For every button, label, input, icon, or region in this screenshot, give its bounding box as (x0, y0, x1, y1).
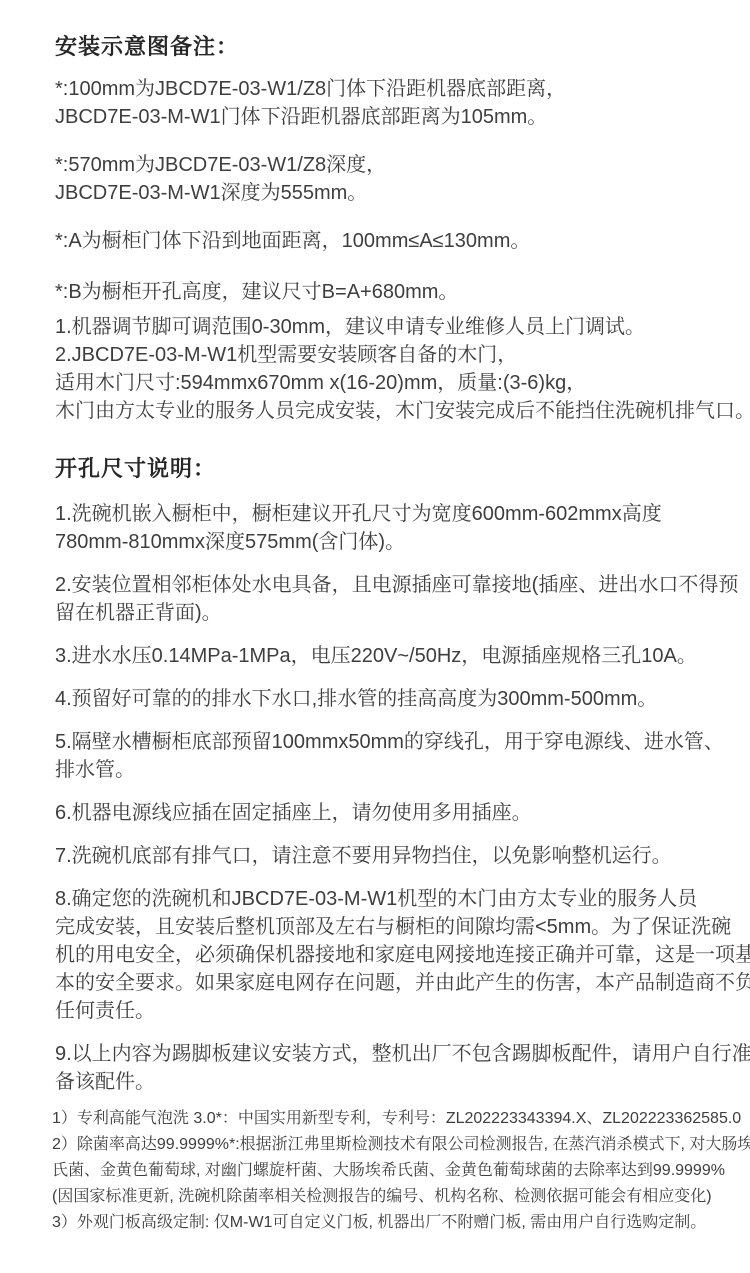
section-install-diagram-notes: 安装示意图备注： *:100mm为JBCD7E-03-W1/Z8门体下沿距机器底… (55, 33, 710, 425)
cutout-item-4: 4.预留好可靠的的排水下水口,排水管的挂高高度为300mm-500mm。 (55, 685, 710, 713)
installation-notes-page: 安装示意图备注： *:100mm为JBCD7E-03-W1/Z8门体下沿距机器底… (0, 0, 750, 1273)
section-title-install-diagram: 安装示意图备注： (55, 33, 710, 61)
note-numbered-items: 1.机器调节脚可调范围0-30mm，建议申请专业维修人员上门调试。 2.JBCD… (55, 313, 710, 425)
footnotes: 1）专利高能气泡洗 3.0*：中国实用新型专利，专利号：ZL2022233433… (52, 1106, 710, 1236)
note-dimension-b: *:B为橱柜开孔高度，建议尺寸B=A+680mm。 (55, 278, 710, 306)
footnote-door-panel-customization: 3）外观门板高级定制: 仅M-W1可自定义门板, 机器出厂不附赠门板, 需由用户… (52, 1210, 710, 1236)
section-title-cutout-dimensions: 开孔尺寸说明： (55, 455, 710, 483)
cutout-item-1: 1.洗碗机嵌入橱柜中，橱柜建议开孔尺寸为宽度600mm-602mmx高度 780… (55, 500, 710, 556)
cutout-item-6: 6.机器电源线应插在固定插座上，请勿使用多用插座。 (55, 799, 710, 827)
note-door-bottom-distance: *:100mm为JBCD7E-03-W1/Z8门体下沿距机器底部距离， JBCD… (55, 75, 710, 131)
footnote-patent: 1）专利高能气泡洗 3.0*：中国实用新型专利，专利号：ZL2022233433… (52, 1106, 710, 1132)
cutout-item-8: 8.确定您的洗碗机和JBCD7E-03-M-W1机型的木门由方太专业的服务人员 … (55, 885, 710, 1025)
footnote-sterilization-rate: 2）除菌率高达99.9999%*:根据浙江弗里斯检测技术有限公司检测报告, 在蒸… (52, 1132, 710, 1210)
cutout-item-9: 9.以上内容为踢脚板建议安装方式，整机出厂不包含踢脚板配件，请用户自行准 备该配… (55, 1040, 710, 1096)
cutout-item-3: 3.进水水压0.14MPa-1MPa，电压220V~/50Hz，电源插座规格三孔… (55, 642, 710, 670)
section-cutout-dimensions: 开孔尺寸说明： 1.洗碗机嵌入橱柜中，橱柜建议开孔尺寸为宽度600mm-602m… (55, 455, 710, 1096)
cutout-item-5: 5.隔壁水槽橱柜底部预留100mmx50mm的穿线孔，用于穿电源线、进水管、 排… (55, 728, 710, 784)
note-depth: *:570mm为JBCD7E-03-W1/Z8深度， JBCD7E-03-M-W… (55, 151, 710, 207)
cutout-item-7: 7.洗碗机底部有排气口，请注意不要用异物挡住，以免影响整机运行。 (55, 842, 710, 870)
cutout-item-2: 2.安装位置相邻柜体处水电具备，且电源插座可靠接地(插座、进出水口不得预 留在机… (55, 571, 710, 627)
note-dimension-a: *:A为橱柜门体下沿到地面距离，100mm≤A≤130mm。 (55, 227, 710, 255)
